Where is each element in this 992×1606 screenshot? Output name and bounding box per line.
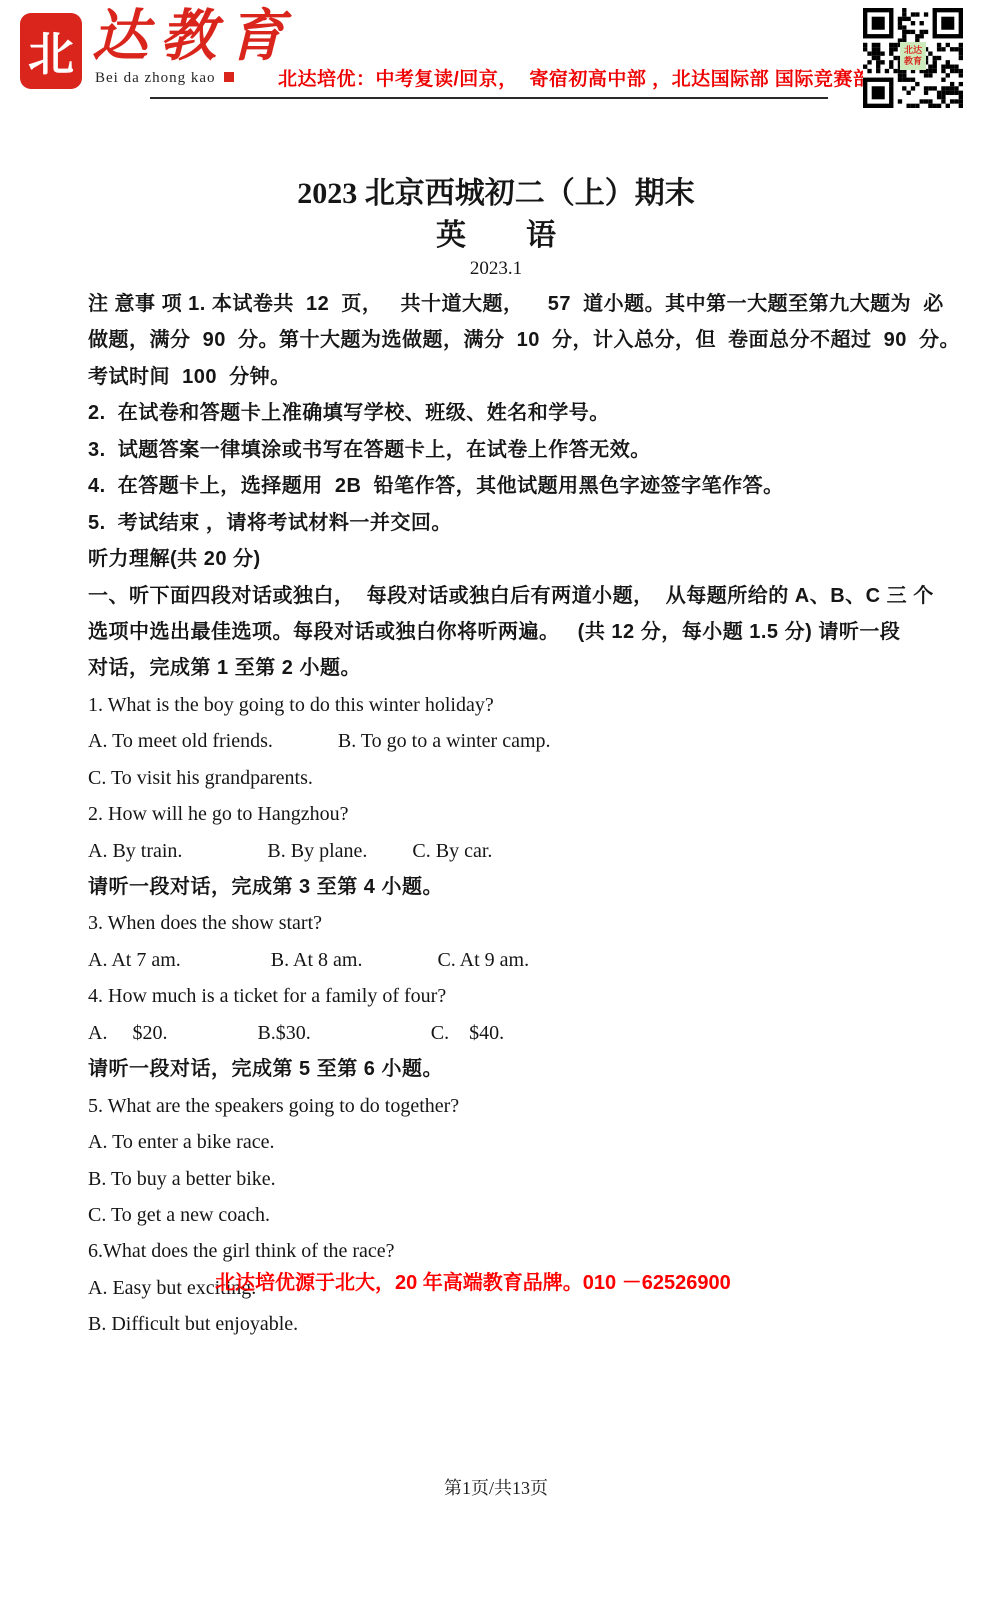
dialog-prompt-5-6: 请听一段对话，完成第 5 至第 6 小题。 <box>88 1051 908 1087</box>
qr-code: 北达 教育 <box>863 8 963 108</box>
question-2-options: A. By train. B. By plane. C. By car. <box>88 833 908 869</box>
red-square-bullet-icon <box>224 72 234 82</box>
listening-section-heading: 听力理解(共 20 分) <box>88 541 908 577</box>
dialog-prompt-1-2: 对话，完成第 1 至第 2 小题。 <box>88 650 908 686</box>
question-5-option-c: C. To get a new coach. <box>88 1197 908 1233</box>
question-3: 3. When does the show start? <box>88 905 908 941</box>
red-watermark-text: 北达培优源于北大，20 年高端教育品牌。010 －62526900 <box>215 1266 731 1295</box>
question-3-options: A. At 7 am. B. At 8 am. C. At 9 am. <box>88 942 908 978</box>
brand-seal-logo: 北 <box>22 15 80 87</box>
exam-date: 2023.1 <box>0 258 992 280</box>
question-4: 4. How much is a ticket for a family of … <box>88 978 908 1014</box>
question-1-option-c: C. To visit his grandparents. <box>88 760 908 796</box>
brand-calligraphy: 达教育 <box>92 6 296 68</box>
question-1-options-ab: A. To meet old friends. B. To go to a wi… <box>88 723 908 759</box>
question-1: 1. What is the boy going to do this wint… <box>88 687 908 723</box>
exam-title: 2023 北京西城初二（上）期末 <box>0 168 992 212</box>
question-5: 5. What are the speakers going to do tog… <box>88 1088 908 1124</box>
question-6: 6.What does the girl think of the race? <box>88 1233 908 1269</box>
notice-item-3: 3. 试题答案一律填涂或书写在答题卡上，在试卷上作答无效。 <box>88 432 908 468</box>
question-4-options: A. $20. B.$30. C. $40. <box>88 1015 908 1051</box>
question-6-option-b: B. Difficult but enjoyable. <box>88 1306 908 1342</box>
notice-line-3: 考试时间 100 分钟。 <box>88 359 908 395</box>
section-one-instructions-line-1: 一、听下面四段对话或独白， 每段对话或独白后有两道小题， 从每题所给的 A、B、… <box>88 578 908 614</box>
notice-line-1: 注 意事 项 1. 本试卷共 12 页， 共十道大题， 57 道小题。其中第一大… <box>88 286 908 322</box>
header-divider <box>150 97 828 99</box>
question-2: 2. How will he go to Hangzhou? <box>88 796 908 832</box>
exam-paper-page: 北 达教育 Bei da zhong kao 北达培优：中考复读/回京， 寄宿初… <box>0 0 992 1606</box>
page-number: 第1页/共13页 <box>0 1474 992 1500</box>
question-5-option-b: B. To buy a better bike. <box>88 1161 908 1197</box>
notice-line-2: 做题，满分 90 分。第十大题为选做题，满分 10 分，计入总分，但 卷面总分不… <box>88 322 908 358</box>
notice-item-5: 5. 考试结束 ，请将考试材料一并交回。 <box>88 505 908 541</box>
promo-text: 北达培优：中考复读/回京， 寄宿初高中部 ，北达国际部 国际竞赛部 <box>278 64 872 91</box>
brand-tagline: Bei da zhong kao <box>95 70 234 87</box>
question-5-option-a: A. To enter a bike race. <box>88 1124 908 1160</box>
exam-body: 注 意事 项 1. 本试卷共 12 页， 共十道大题， 57 道小题。其中第一大… <box>88 286 908 1343</box>
notice-item-2: 2. 在试卷和答题卡上准确填写学校、班级、姓名和学号。 <box>88 395 908 431</box>
exam-subject: 英 语 <box>0 210 992 254</box>
notice-item-4: 4. 在答题卡上，选择题用 2B 铅笔作答，其他试题用黑色字迹签字笔作答。 <box>88 468 908 504</box>
section-one-instructions-line-2: 选项中选出最佳选项。每段对话或独白你将听两遍。 (共 12 分，每小题 1.5 … <box>88 614 908 650</box>
seal-character: 北 <box>28 18 74 84</box>
qr-center-logo: 北达 教育 <box>900 42 926 70</box>
dialog-prompt-3-4: 请听一段对话，完成第 3 至第 4 小题。 <box>88 869 908 905</box>
